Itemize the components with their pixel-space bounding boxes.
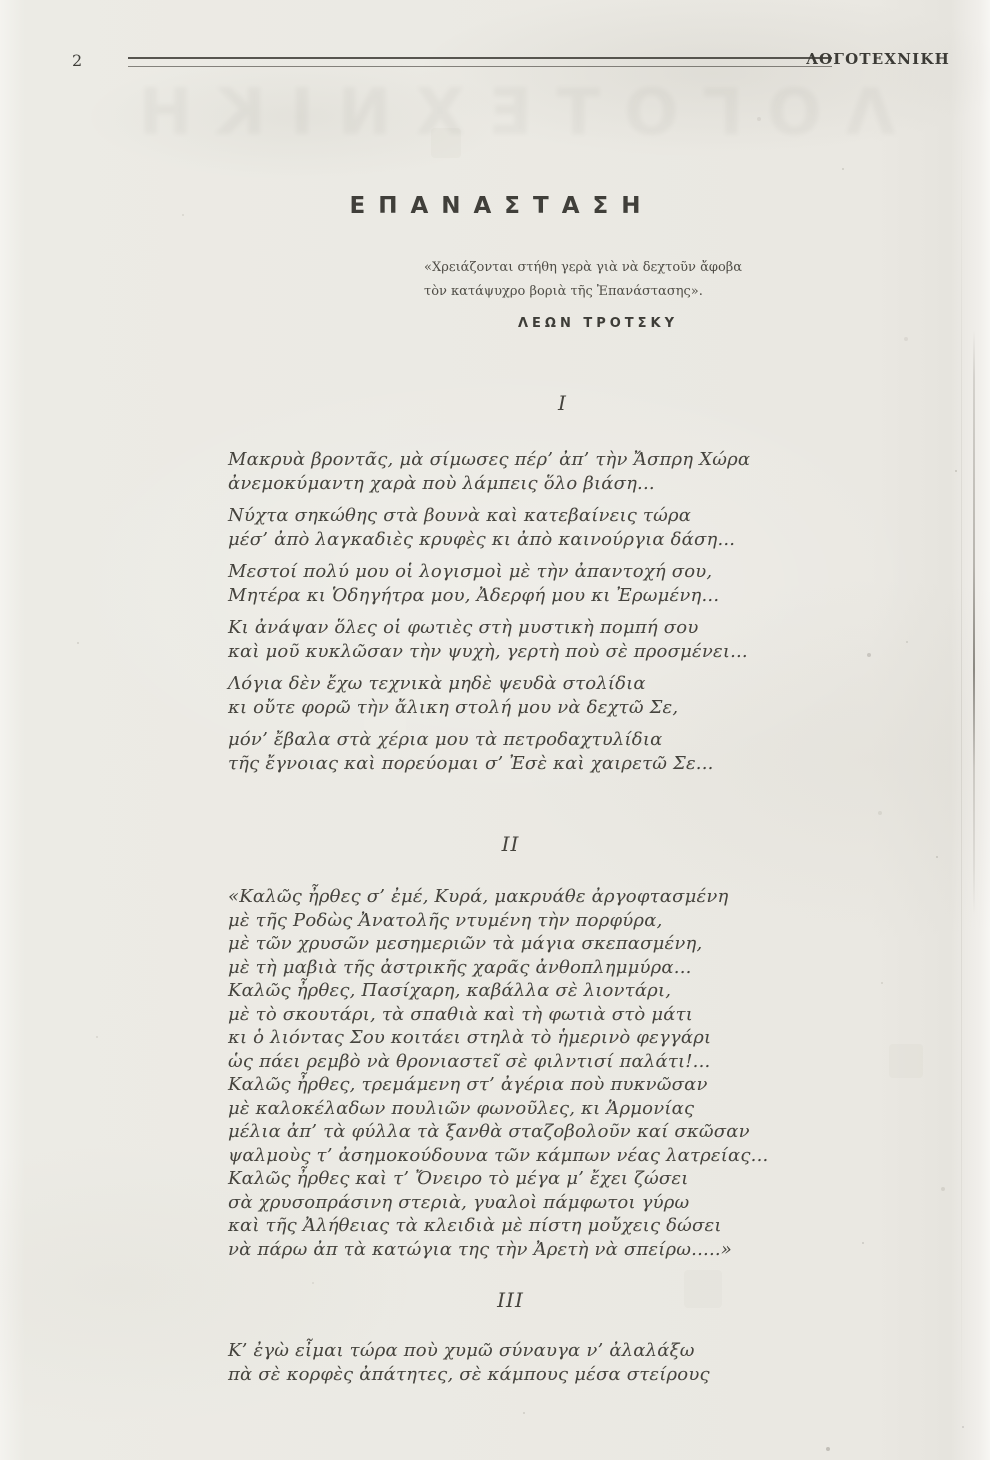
stanza: μόν’ ἔβαλα στὰ χέρια μου τὰ πετροδαχτυλί… — [228, 728, 793, 775]
poem-line: τῆς ἔγνοιας καὶ πορεύομαι σ’ Ἐσὲ καὶ χαι… — [228, 752, 793, 776]
epigraph-line: «Χρειάζονται στήθη γερὰ γιὰ νὰ δεχτοῦν ἄ… — [424, 256, 772, 280]
epigraph-line: τὸν κατάψυχρο βοριὰ τῆς Ἐπανάστασης». — [424, 280, 772, 304]
poem-line: μὲ τῆς Ροδὼς Ἀνατολῆς ντυμένη τὴν πορφύρ… — [228, 909, 793, 933]
poem-line: Καλῶς ἦρθες καὶ τ’ Ὄνειρο τὸ μέγα μ’ ἔχε… — [228, 1167, 793, 1191]
poem-line: Κ’ ἐγὼ εἶμαι τώρα ποὺ χυμῶ σύναυγα ν’ ἀλ… — [228, 1339, 793, 1363]
poem-line: Λόγια δὲν ἔχω τεχνικὰ μηδὲ ψευδὰ στολίδι… — [228, 672, 793, 696]
poem-line: ἀνεμοκύμαντη χαρὰ ποὺ λάμπεις ὅλο βιάση.… — [228, 472, 793, 496]
poem-body: I Μακρυὰ βροντᾶς, μὰ σίμωσες πέρ’ ἀπ’ τὴ… — [228, 390, 793, 1395]
poem-line: Μεστοί πολύ μου οἱ λογισμοὶ μὲ τὴν ἀπαντ… — [228, 560, 793, 584]
poem-line: Καλῶς ἦρθες, Πασίχαρη, καβάλλα σὲ λιοντά… — [228, 979, 793, 1003]
poem-line: Νύχτα σηκώθης στὰ βουνὰ καὶ κατεβαίνεις … — [228, 504, 793, 528]
running-header: 2 ΛΟΓΟΤΕΧΝΙΚΗ — [0, 50, 990, 80]
masthead-title: ΛΟΓΟΤΕΧΝΙΚΗ — [806, 50, 950, 68]
stanza: Νύχτα σηκώθης στὰ βουνὰ καὶ κατεβαίνεις … — [228, 504, 793, 551]
poem-line: καὶ τῆς Ἀλήθειας τὰ κλειδιὰ μὲ πίστη μοὔ… — [228, 1214, 793, 1238]
section-numeral-1: I — [280, 390, 845, 416]
poem-line: Κι ἀνάψαν ὅλες οἱ φωτιὲς στὴ μυστικὴ πομ… — [228, 616, 793, 640]
poem-line: μὲ τὴ μαβιὰ τῆς ἀστρικῆς χαρᾶς ἀνθοπλημμ… — [228, 956, 793, 980]
section-numeral-2: II — [228, 831, 793, 857]
poem-line: κι οὔτε φορῶ τὴν ἄλικη στολή μου νὰ δεχτ… — [228, 696, 793, 720]
poem-line: νὰ πάρω ἀπ τὰ κατώγια της τὴν Ἀρετὴ νὰ σ… — [228, 1238, 793, 1262]
stanza: Κ’ ἐγὼ εἶμαι τώρα ποὺ χυμῶ σύναυγα ν’ ἀλ… — [228, 1339, 793, 1386]
epigraph-attribution: ΛΕΩΝ ΤΡΟΤΣΚΥ — [424, 314, 772, 334]
poem-line: Καλῶς ἦρθες, τρεμάμενη στ’ ἀγέρια ποὺ πυ… — [228, 1073, 793, 1097]
stanza: Μακρυὰ βροντᾶς, μὰ σίμωσες πέρ’ ἀπ’ τὴν … — [228, 448, 793, 495]
stanza: Λόγια δὲν ἔχω τεχνικὰ μηδὲ ψευδὰ στολίδι… — [228, 672, 793, 719]
stanza: Κι ἀνάψαν ὅλες οἱ φωτιὲς στὴ μυστικὴ πομ… — [228, 616, 793, 663]
poem-line: μόν’ ἔβαλα στὰ χέρια μου τὰ πετροδαχτυλί… — [228, 728, 793, 752]
poem-line: μὲ τῶν χρυσῶν μεσημεριῶν τὰ μάγια σκεπασ… — [228, 932, 793, 956]
reverse-side-bleedthrough: ΛΟΓΟΤΕΧΝΙΚΗ — [50, 76, 960, 172]
scanned-magazine-page: ΛΟΓΟΤΕΧΝΙΚΗ 2 ΛΟΓΟΤΕΧΝΙΚΗ ΕΠΑΝΑΣΤΑΣΗ «Χρ… — [0, 0, 990, 1460]
poem-line: πὰ σὲ κορφὲς ἀπάτητες, σὲ κάμπους μέσα σ… — [228, 1363, 793, 1387]
scan-page-edge-artifact — [973, 330, 975, 915]
poem-line: μέσ’ ἀπὸ λαγκαδιὲς κρυφὲς κι ἀπὸ καινούρ… — [228, 528, 793, 552]
poem-line: καὶ μοῦ κυκλῶσαν τὴν ψυχὴ, γερτὴ ποὺ σὲ … — [228, 640, 793, 664]
scan-fold-line-artifact — [961, 120, 963, 1420]
poem-line: ψαλμοὺς τ’ ἀσημοκούδουνα τῶν κάμπων νέας… — [228, 1144, 793, 1168]
poem-line: μὲ τὸ σκουτάρι, τὰ σπαθιὰ καὶ τὴ φωτιὰ σ… — [228, 1003, 793, 1027]
poem-line: μέλια ἀπ’ τὰ φύλλα τὰ ξανθὰ σταζοβολοῦν … — [228, 1120, 793, 1144]
stanza: «Καλῶς ἦρθες σ’ ἐμέ, Κυρά, μακρυάθε ἀργο… — [228, 885, 793, 1261]
poem-line: ὡς πάει ρεμβὸ νὰ θρονιαστεῖ σὲ φιλντισί … — [228, 1050, 793, 1074]
stanza: Μεστοί πολύ μου οἱ λογισμοὶ μὲ τὴν ἀπαντ… — [228, 560, 793, 607]
paper-specks — [0, 0, 2, 2]
section-numeral-3: III — [228, 1287, 793, 1313]
page-number: 2 — [72, 51, 82, 70]
header-rule — [128, 57, 832, 67]
poem-title: ΕΠΑΝΑΣΤΑΣΗ — [62, 193, 928, 219]
poem-line: σὰ χρυσοπράσινη στεριὰ, γυαλοὶ πάμφωτοι … — [228, 1191, 793, 1215]
poem-line: Μακρυὰ βροντᾶς, μὰ σίμωσες πέρ’ ἀπ’ τὴν … — [228, 448, 793, 472]
poem-line: «Καλῶς ἦρθες σ’ ἐμέ, Κυρά, μακρυάθε ἀργο… — [228, 885, 793, 909]
poem-line: μὲ καλοκέλαδων πουλιῶν φωνοῦλες, κι Ἁρμο… — [228, 1097, 793, 1121]
epigraph: «Χρειάζονται στήθη γερὰ γιὰ νὰ δεχτοῦν ἄ… — [424, 256, 772, 334]
poem-line: Μητέρα κι Ὁδηγήτρα μου, Ἀδερφή μου κι Ἐρ… — [228, 584, 793, 608]
poem-line: κι ὁ λιόντας Σου κοιτάει στηλὰ τὸ ἡμεριν… — [228, 1026, 793, 1050]
